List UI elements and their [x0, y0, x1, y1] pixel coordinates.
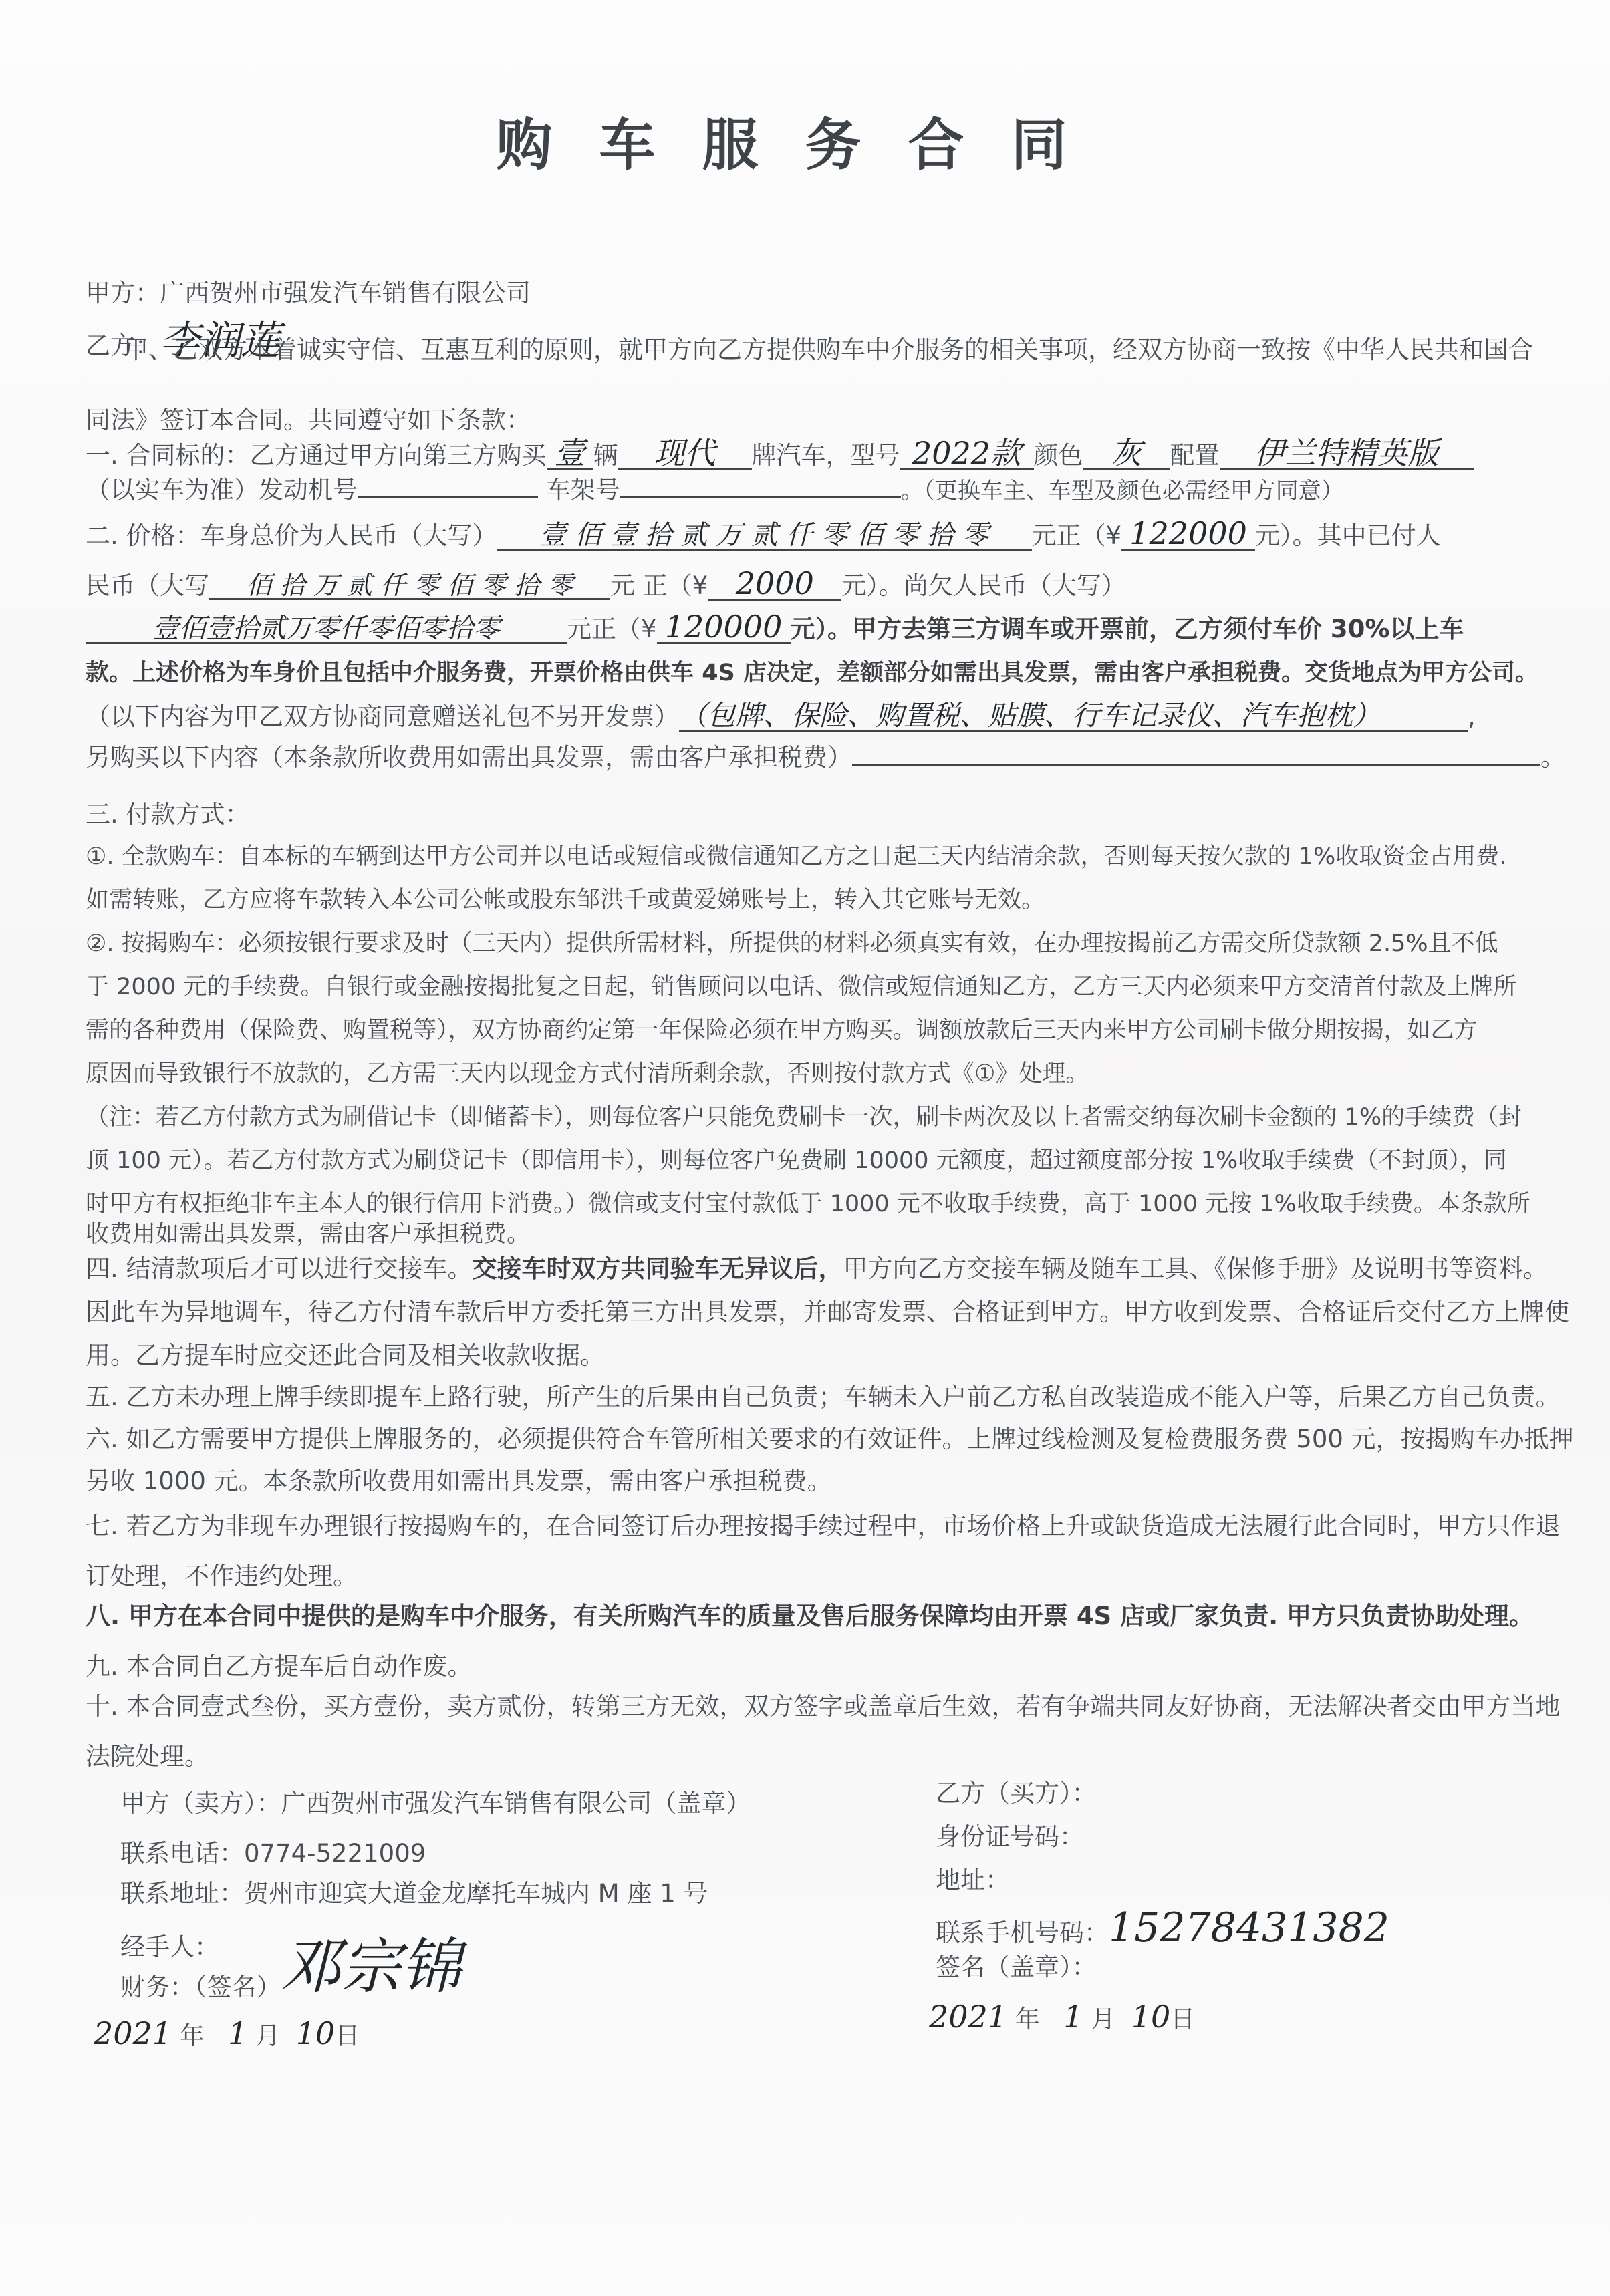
- clause-3-line: 收费用如需出具发票，需由客户承担税费。: [86, 1223, 530, 1246]
- clause-10-line-2: 法院处理。: [86, 1744, 209, 1769]
- document-title: 购车服务合同: [0, 100, 1610, 181]
- paid-amount-words: 佰 拾 万 贰 仟 零 佰 零 拾 零: [209, 573, 610, 600]
- owed-amount-words: 壹佰壹拾贰万零仟零佰零拾零: [86, 615, 567, 644]
- extra-purchase-line: 另购买以下内容（本条款所收费用如需出具发票，需由客户承担税费）。: [86, 745, 1565, 770]
- clause-2-line-1: 二. 价格：车身总价为人民币（大写）壹 佰 壹 拾 贰 万 贰 仟 零 佰 零 …: [86, 518, 1441, 551]
- seller-label: 甲方（卖方）：广西贺州市强发汽车销售有限公司（盖章）: [120, 1791, 751, 1816]
- clause-2-line-2: 民币（大写佰 拾 万 贰 仟 零 佰 零 拾 零元 正（¥2000元）。尚欠人民…: [86, 568, 1126, 601]
- clause-3-line: 于 2000 元的手续费。自银行或金融按揭批复之日起，销售顾问以电话、微信或短信…: [86, 976, 1516, 999]
- vehicle-model: 2022款: [900, 438, 1034, 470]
- contract-page: 购车服务合同 甲方：广西贺州市强发汽车销售有限公司 乙方：李润莲 甲、乙双方本着…: [0, 0, 1610, 2296]
- clause-9: 九. 本合同自乙方提车后自动作废。: [86, 1654, 473, 1679]
- seller-date: 2021 年 1 月 10日: [94, 2018, 360, 2049]
- clause-2-line-4: 款。上述价格为车身价且包括中介服务费，开票价格由供车 4S 店决定，差额部分如需…: [86, 662, 1538, 685]
- clause-7-line-2: 订处理，不作违约处理。: [86, 1564, 358, 1588]
- frame-number-field: [620, 496, 901, 498]
- clause-1-line-1: 一. 合同标的：乙方通过甲方向第三方购买壹辆现代牌汽车，型号2022款颜色灰配置…: [86, 438, 1474, 470]
- clause-4-line-2: 因此车为异地调车，待乙方付清车款后甲方委托第三方出具发票，并邮寄发票、合格证到甲…: [86, 1300, 1569, 1324]
- preamble-line-2: 同法》签订本合同。共同遵守如下条款：: [86, 408, 531, 432]
- vehicle-config: 伊兰特精英版: [1220, 438, 1474, 470]
- clause-2-line-3: 壹佰壹拾贰万零仟零佰零拾零元正（¥120000元）。甲方去第三方调车或开票前，乙…: [86, 611, 1464, 644]
- clause-3-line: 顶 100 元）。若乙方付款方式为刷贷记卡（即信用卡），则每位客户免费刷 100…: [86, 1149, 1507, 1173]
- clause-3-line: 如需转账，乙方应将车款转入本公司公帐或股东邹洪千或黄爱娣账号上，转入其它账号无效…: [86, 889, 1045, 912]
- gift-line: （以下内容为甲乙双方协商同意赠送礼包不另开发票）（包牌、保险、购置税、贴膜、行车…: [86, 702, 1476, 732]
- clause-7-line-1: 七. 若乙方为非现车办理银行按揭购车的，在合同签订后办理按揭手续过程中，市场价格…: [86, 1514, 1561, 1538]
- clause-4-line-3: 用。乙方提车时应交还此合同及相关收款收据。: [86, 1343, 605, 1368]
- finance-label: 财务：（签名）: [120, 1975, 281, 1999]
- seller-address: 联系地址：贺州市迎宾大道金龙摩托车城内 M 座 1 号: [120, 1881, 708, 1906]
- clause-3-line: 需的各种费用（保险费、购置税等），双方协商约定第一年保险必须在甲方购买。调额放款…: [86, 1019, 1478, 1042]
- clause-10-line-1: 十. 本合同壹式叁份，买方壹份，卖方贰份，转第三方无效，双方签字或盖章后生效，若…: [86, 1694, 1561, 1719]
- handler-signature: 邓宗锦: [281, 1918, 461, 2005]
- preamble-line-1: 甲、乙双方本着诚实守信、互惠互利的原则，就甲方向乙方提供购车中介服务的相关事项，…: [124, 337, 1533, 362]
- clause-3-line: 原因而导致银行不放款的，乙方需三天内以现金方式付清所剩余款，否则按付款方式《①》…: [86, 1062, 1089, 1086]
- paid-amount: 2000: [708, 568, 841, 601]
- seller-phone: 联系电话：0774-5221009: [120, 1841, 426, 1866]
- buyer-id-label: 身份证号码：: [936, 1824, 1084, 1849]
- total-price-amount: 122000: [1121, 518, 1255, 551]
- buyer-date: 2021 年 1 月 10日: [929, 2001, 1195, 2032]
- clause-6-line-2: 另收 1000 元。本条款所收费用如需出具发票，需由客户承担税费。: [86, 1469, 832, 1493]
- engine-number-field: [358, 496, 538, 498]
- buyer-label: 乙方（买方）：: [936, 1781, 1097, 1806]
- clause-4-line-1: 四. 结清款项后才可以进行交接车。交接车时双方共同验车无异议后，甲方向乙方交接车…: [86, 1256, 1548, 1281]
- extra-purchase-field: [852, 764, 1540, 766]
- clause-5: 五. 乙方未办理上牌手续即提车上路行驶，所产生的后果由自己负责；车辆未入户前乙方…: [86, 1385, 1561, 1409]
- clause-6-line-1: 六. 如乙方需要甲方提供上牌服务的，必须提供符合车管所相关要求的有效证件。上牌过…: [86, 1427, 1574, 1451]
- owed-amount: 120000: [657, 611, 791, 644]
- total-price-words: 壹 佰 壹 拾 贰 万 贰 仟 零 佰 零 拾 零: [497, 522, 1032, 551]
- clause-3-line: ①. 全款购车：自本标的车辆到达甲方公司并以电话或短信或微信通知乙方之日起三天内…: [86, 845, 1506, 869]
- gift-package-value: （包牌、保险、购置税、贴膜、行车记录仪、汽车抱枕）: [679, 702, 1468, 732]
- vehicle-color: 灰: [1083, 438, 1170, 470]
- vehicle-quantity: 壹: [547, 438, 593, 470]
- clause-3-line: 时甲方有权拒绝非车主本人的银行信用卡消费。）微信或支付宝付款低于 1000 元不…: [86, 1193, 1530, 1216]
- clause-3-line: （注：若乙方付款方式为刷借记卡（即储蓄卡），则每位客户只能免费刷卡一次，刷卡两次…: [86, 1106, 1522, 1129]
- handler-label: 经手人：: [120, 1934, 219, 1959]
- clause-3-heading: 三. 付款方式：: [86, 802, 250, 827]
- clause-8: 八. 甲方在本合同中提供的是购车中介服务，有关所购汽车的质量及售后服务保障均由开…: [86, 1604, 1534, 1628]
- buyer-phone: 联系手机号码：15278431382: [936, 1908, 1389, 1948]
- buyer-address-label: 地址：: [936, 1868, 1010, 1892]
- party-a: 甲方：广西贺州市强发汽车销售有限公司: [86, 281, 531, 305]
- party-a-name: 广西贺州市强发汽车销售有限公司: [160, 279, 531, 307]
- vehicle-brand: 现代: [618, 438, 752, 470]
- clause-3-line: ②. 按揭购车：必须按银行要求及时（三天内）提供所需材料，所提供的材料必须真实有…: [86, 932, 1498, 956]
- clause-1-line-2: （以实车为准）发动机号 车架号。（更换车主、车型及颜色必需经甲方同意）: [86, 478, 1344, 503]
- buyer-sign-label: 签名（盖章）：: [936, 1955, 1097, 1979]
